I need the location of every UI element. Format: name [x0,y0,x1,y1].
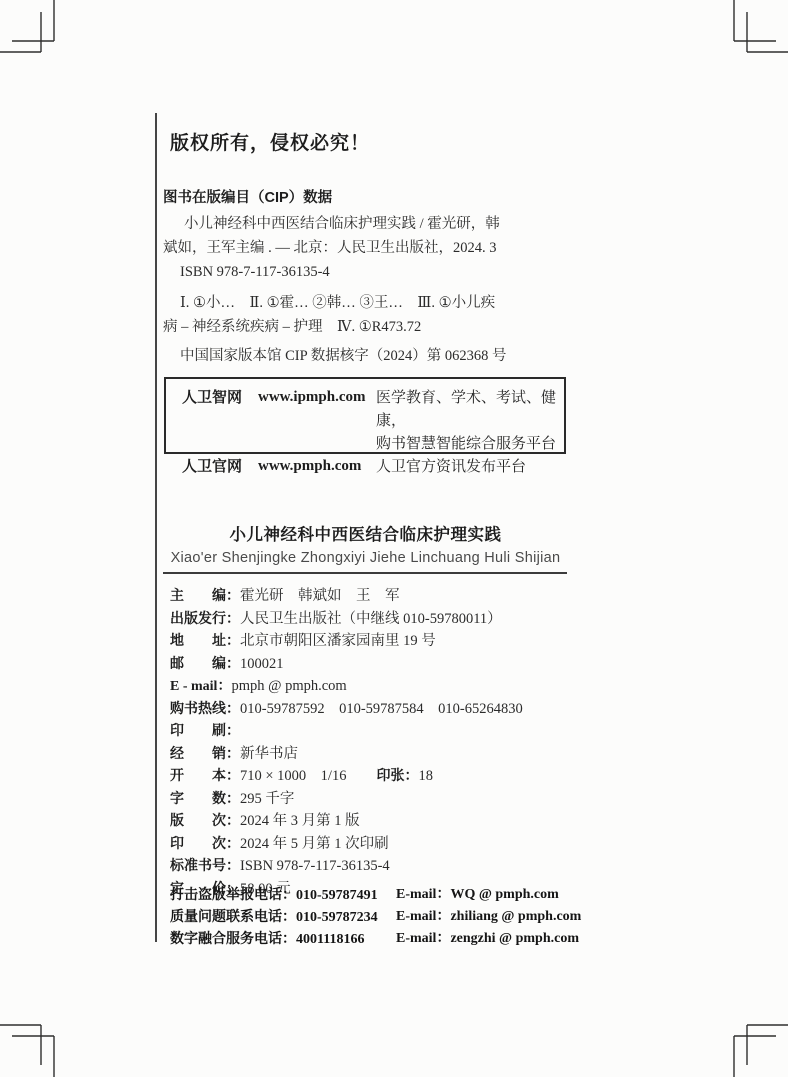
info-label: 邮 编： [170,655,240,671]
crop-mark-bottom-right-icon [732,1021,788,1077]
hotline-phone: 010-59787491 [296,888,378,903]
cip-classification-line: Ⅰ. ①小… Ⅱ. ①霍… ②韩… ③王… Ⅲ. ①小儿疾 [163,291,573,315]
info-value: 100021 [240,656,284,672]
hotline-email: WQ @ pmph.com [450,887,558,902]
service-site-description: 人卫官方资讯发布平台 [376,455,564,478]
info-value: 2024 年 5 月第 1 次印刷 [240,836,389,852]
publication-info-row: 版 次：2024 年 3 月第 1 版 [170,810,590,833]
cip-description-line: 斌如，王军主编 . — 北京：人民卫生出版社，2024. 3 [163,236,573,260]
info-value: 新华书店 [240,746,298,762]
publication-info-row: 经 销：新华书店 [170,743,590,766]
hotline-email-label: E-mail： [396,931,450,946]
crop-mark-top-right-icon [732,0,788,56]
info-label: 开 本： [170,767,240,783]
info-value: 010-59787592 010-59787584 010-65264830 [240,701,523,717]
publication-info-row: 印 次：2024 年 5 月第 1 次印刷 [170,833,590,856]
hotline-email-label: E-mail： [396,887,450,902]
info-label: 主 编： [170,587,240,603]
cip-heading: 图书在版编目（CIP）数据 [163,186,573,207]
publication-info-row: 印 刷： [170,720,590,743]
info-value: 295 千字 [240,791,294,807]
book-title: 小儿神经科中西医结合临床护理实践 [163,521,568,545]
publication-info-row: 主 编：霍光研 韩斌如 王 军 [170,585,590,608]
divider-rule [163,572,567,574]
hotline-email: zhiliang @ pmph.com [450,909,581,924]
info-label: E - mail： [170,679,231,694]
info-label: 标准书号： [170,857,240,873]
info-value: 北京市朝阳区潘家园南里 19 号 [240,633,436,649]
cip-description-line: 小儿神经科中西医结合临床护理实践 / 霍光研，韩 [163,212,573,236]
info-label: 印 次： [170,835,240,851]
info-label: 版 次： [170,812,240,828]
info-label: 经 销： [170,745,240,761]
info-value: 2024 年 3 月第 1 版 [240,813,360,829]
publication-info-row: 地 址：北京市朝阳区潘家园南里 19 号 [170,630,590,653]
hotline-email-label: E-mail： [396,909,450,924]
hotline-row: 数字融合服务电话：4001118166 E-mail：zengzhi @ pmp… [170,928,590,950]
info-value: 人民卫生出版社（中继线 010-59780011） [240,611,502,627]
book-title-pinyin: Xiao'er Shenjingke Zhongxiyi Jiehe Linch… [163,550,568,566]
hotline-row: 打击盗版举报电话：010-59787491 E-mail：WQ @ pmph.c… [170,884,590,906]
info-label: 购书热线： [170,700,240,716]
service-site-name: 人卫官网 [182,455,258,478]
cip-isbn: ISBN 978-7-117-36135-4 [163,260,573,284]
book-copyright-page: 版权所有，侵权必究！ 图书在版编目（CIP）数据 小儿神经科中西医结合临床护理实… [0,0,788,1077]
publication-info-row: 标准书号：ISBN 978-7-117-36135-4 [170,855,590,878]
info-label: 字 数： [170,790,240,806]
info-value: 18 [418,768,433,784]
service-site-name: 人卫智网 [182,386,258,432]
info-value: 霍光研 韩斌如 王 军 [240,588,400,604]
service-site-description: 医学教育、学术、考试、健康， [376,386,564,432]
crop-mark-top-left-icon [0,0,56,56]
copyright-notice: 版权所有，侵权必究！ [170,128,370,155]
left-vertical-rule [155,113,157,942]
publication-info-row: 开 本：710 × 1000 1/16印张：18 [170,765,590,788]
hotline-phone: 4001118166 [296,932,364,947]
publication-info-row: 出版发行：人民卫生出版社（中继线 010-59780011） [170,608,590,631]
publication-info-row: 字 数：295 千字 [170,788,590,811]
cip-registration-number: 中国国家版本馆 CIP 数据核字（2024）第 062368 号 [163,344,573,368]
title-block: 小儿神经科中西医结合临床护理实践 Xiao'er Shenjingke Zhon… [163,521,568,566]
publication-info-row: 购书热线：010-59787592 010-59787584 010-65264… [170,698,590,721]
hotline-label: 质量问题联系电话： [170,908,296,924]
service-site-description: 购书智慧智能综合服务平台 [376,432,564,455]
info-value: 710 × 1000 1/16 [240,768,346,784]
info-label: 出版发行： [170,610,240,626]
cip-section: 图书在版编目（CIP）数据 小儿神经科中西医结合临床护理实践 / 霍光研，韩 斌… [163,186,573,368]
info-value: ISBN 978-7-117-36135-4 [240,858,390,874]
info-label: 印 刷： [170,722,240,738]
hotline-email: zengzhi @ pmph.com [450,931,579,946]
publisher-service-box: 人卫智网 www.ipmph.com 医学教育、学术、考试、健康， 购书智慧智能… [164,377,566,454]
hotline-label: 打击盗版举报电话： [170,886,296,902]
hotline-phone: 010-59787234 [296,910,378,925]
service-site-url: www.pmph.com [258,455,376,478]
info-label: 地 址： [170,632,240,648]
publication-info-row: E - mail：pmph @ pmph.com [170,675,590,698]
publication-info-list: 主 编：霍光研 韩斌如 王 军 出版发行：人民卫生出版社（中继线 010-597… [170,585,590,900]
info-label: 印张： [376,767,418,783]
hotline-row: 质量问题联系电话：010-59787234 E-mail：zhiliang @ … [170,906,590,928]
crop-mark-bottom-left-icon [0,1021,56,1077]
hotline-list: 打击盗版举报电话：010-59787491 E-mail：WQ @ pmph.c… [170,884,590,950]
publication-info-row: 邮 编：100021 [170,653,590,676]
info-value: pmph @ pmph.com [231,678,346,694]
service-site-url: www.ipmph.com [258,386,376,432]
hotline-label: 数字融合服务电话： [170,930,296,946]
cip-classification-line: 病 – 神经系统疾病 – 护理 Ⅳ. ①R473.72 [163,315,573,339]
